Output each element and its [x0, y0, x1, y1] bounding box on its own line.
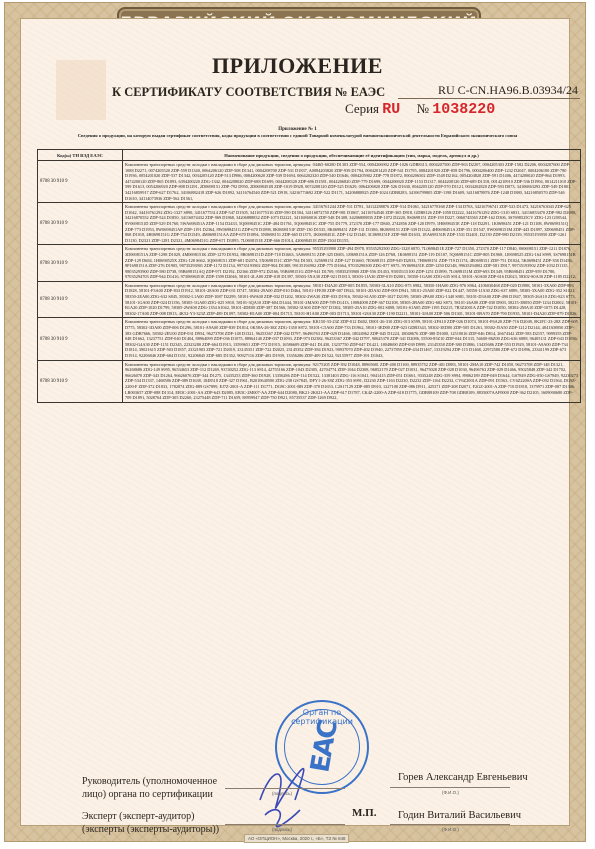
head-label: Руководитель (уполномоченное лицо) орган… — [82, 775, 217, 801]
table-row: 8708 30 910 9Компоненты транспортных сре… — [38, 360, 581, 402]
row-description: Компоненты транспортных средств: колодки… — [123, 360, 581, 402]
head-signature-line — [225, 788, 345, 789]
certificate-number: RU C-CN.HA96.B.03934/24 — [398, 83, 580, 99]
row-description: Компоненты транспортных средств: колодки… — [123, 281, 581, 318]
expert-name-line — [390, 824, 510, 825]
column-header-code: Код(ы) ТН ВЭД ЕАЭС — [38, 150, 123, 161]
row-code: 8708 30 910 9 — [38, 360, 123, 402]
products-table: Код(ы) ТН ВЭД ЕАЭС Наименование продукци… — [37, 149, 581, 403]
head-name-line — [390, 787, 510, 788]
seal-place-label: М.П. — [352, 807, 376, 819]
table-row: 8708 30 910 9Компоненты транспортных сре… — [38, 203, 581, 245]
expert-signature-line — [225, 824, 345, 825]
appendix-description: Сведения о продукции, на которую выдан с… — [30, 133, 565, 140]
row-description: Компоненты транспортных средств: колодки… — [123, 203, 581, 245]
expert-label: Эксперт (эксперт-аудитор) (эксперты (экс… — [82, 810, 219, 836]
table-row: 8708 30 910 9Компоненты транспортных сре… — [38, 245, 581, 282]
row-code: 8708 30 910 9 — [38, 245, 123, 282]
series-label: Серия — [345, 101, 379, 116]
head-signature-caption: (подпись) — [272, 791, 292, 796]
row-code: 8708 30 910 9 — [38, 318, 123, 360]
appendix-title: Приложение № 1 — [0, 127, 595, 132]
table-row: 8708 30 910 9Компоненты транспортных сре… — [38, 318, 581, 360]
row-description: Компоненты транспортных средств: колодки… — [123, 161, 581, 203]
row-code: 8708 30 910 9 — [38, 281, 123, 318]
expert-name: Годин Виталий Васильевич — [398, 810, 521, 821]
certificate-label: К СЕРТИФИКАТУ СООТВЕТСТВИЯ № ЕАЭС — [112, 85, 385, 100]
row-code: 8708 30 910 9 — [38, 203, 123, 245]
table-row: 8708 30 910 9Компоненты транспортных сре… — [38, 161, 581, 203]
number-label: № — [417, 101, 429, 116]
expert-signature-caption: (подпись) — [272, 827, 292, 832]
head-name: Горев Александр Евгеньевич — [398, 772, 528, 783]
table-row: 8708 30 910 9Компоненты транспортных сре… — [38, 281, 581, 318]
row-description: Компоненты транспортных средств: колодки… — [123, 245, 581, 282]
number-value: 1038220 — [432, 101, 495, 118]
page-title: ПРИЛОЖЕНИЕ — [0, 53, 595, 79]
series-line: Серия RU № 1038220 — [345, 101, 495, 118]
row-code: 8708 30 910 9 — [38, 161, 123, 203]
head-name-caption: (Ф.И.О.) — [442, 790, 459, 795]
row-description: Компоненты транспортных средств: колодки… — [123, 318, 581, 360]
series-value: RU — [382, 101, 400, 118]
expert-name-caption: (Ф.И.О.) — [442, 827, 459, 832]
column-header-description: Наименование продукции, сведения о проду… — [123, 150, 581, 161]
table-header-row: Код(ы) ТН ВЭД ЕАЭС Наименование продукци… — [38, 150, 581, 161]
printer-info: АО «ОПЦИОН», Москва, 2020 г., «Б», ТЗ № … — [244, 834, 349, 843]
